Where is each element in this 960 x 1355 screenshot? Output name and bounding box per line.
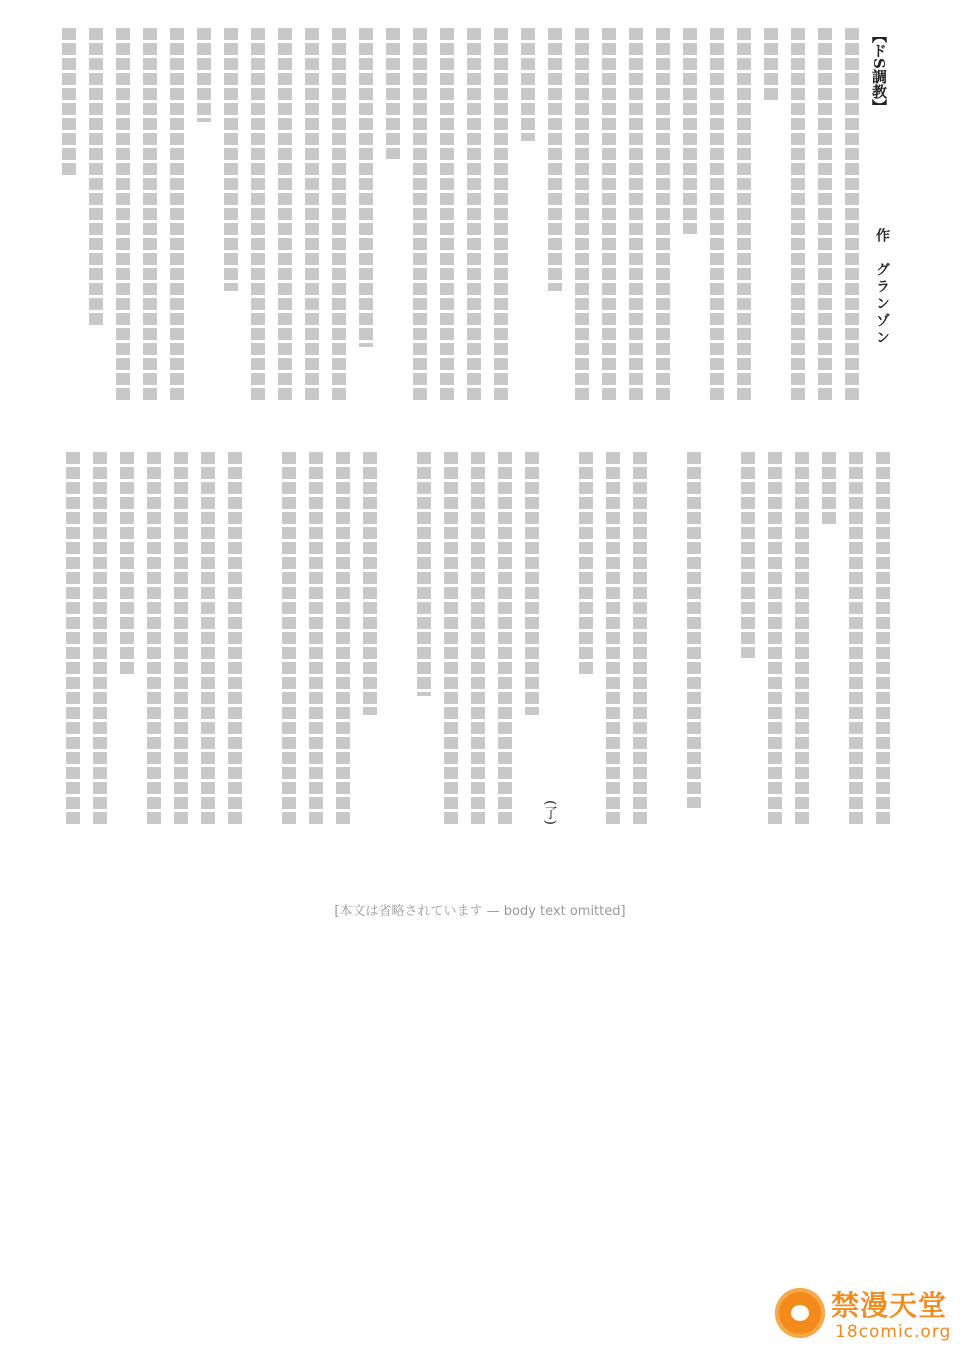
redacted-text-bar	[795, 452, 809, 827]
redacted-text-column	[876, 452, 890, 832]
redacted-text-bar	[305, 28, 319, 403]
mascot-logo-icon	[775, 1288, 825, 1338]
redacted-text-bar	[602, 28, 616, 403]
redacted-text-bar	[467, 28, 481, 403]
redacted-text-column	[89, 28, 103, 408]
redacted-text-column	[822, 452, 836, 832]
redacted-text-column	[62, 28, 76, 408]
redacted-text-bar	[575, 28, 589, 403]
redacted-text-bar	[363, 452, 377, 715]
redacted-text-bar	[278, 28, 292, 403]
redacted-text-bar	[62, 28, 76, 178]
redacted-text-bar	[548, 28, 562, 291]
redacted-text-bar	[683, 28, 697, 234]
redacted-text-bar	[471, 452, 485, 827]
redacted-text-column	[386, 28, 400, 408]
redacted-text-column	[228, 452, 242, 832]
redacted-text-bar	[629, 28, 643, 403]
redacted-text-bar	[170, 28, 184, 403]
redacted-text-bar	[440, 28, 454, 403]
redacted-text-bar	[224, 28, 238, 291]
redacted-text-column	[683, 28, 697, 408]
redacted-text-column	[413, 28, 427, 408]
redacted-text-bar	[332, 28, 346, 403]
redacted-text-column	[66, 452, 80, 832]
redacted-text-column	[741, 452, 755, 832]
redacted-text-bar	[413, 28, 427, 403]
redacted-text-bar	[147, 452, 161, 827]
bottom-text-tier	[80, 452, 890, 832]
redacted-text-bar	[818, 28, 832, 403]
redacted-text-bar	[336, 452, 350, 827]
redacted-text-bar	[768, 452, 782, 827]
redacted-text-column	[579, 452, 593, 832]
redacted-text-column	[714, 452, 728, 832]
redacted-text-bar	[282, 452, 296, 827]
redacted-text-column	[471, 452, 485, 832]
redacted-text-column	[525, 452, 539, 832]
redacted-text-bar	[201, 452, 215, 827]
redacted-text-bar	[228, 452, 242, 827]
redacted-text-column	[93, 452, 107, 832]
redacted-text-bar	[386, 28, 400, 159]
redacted-text-column	[768, 452, 782, 832]
redacted-text-column	[440, 28, 454, 408]
redacted-text-column	[363, 452, 377, 832]
redacted-text-column	[552, 452, 566, 832]
redacted-text-column	[849, 452, 863, 832]
site-watermark: 禁漫天堂 18comic.org	[775, 1282, 955, 1348]
redacted-text-bar	[444, 452, 458, 827]
redacted-text-bar	[822, 452, 836, 527]
redacted-text-column	[521, 28, 535, 408]
redacted-text-column	[633, 452, 647, 832]
redacted-text-bar	[656, 28, 670, 403]
redacted-text-column	[170, 28, 184, 408]
redacted-text-bar	[494, 28, 508, 403]
document-title: 【ドS調教】	[870, 28, 888, 114]
redacted-text-column	[629, 28, 643, 408]
redacted-text-column	[336, 452, 350, 832]
redacted-text-column	[390, 452, 404, 832]
redacted-text-column	[467, 28, 481, 408]
redacted-text-column	[116, 28, 130, 408]
redacted-text-column	[710, 28, 724, 408]
redacted-text-bar	[197, 28, 211, 122]
redacted-text-column	[305, 28, 319, 408]
redacted-text-bar	[89, 28, 103, 328]
redacted-text-column	[197, 28, 211, 408]
redacted-text-column	[251, 28, 265, 408]
redacted-text-column	[359, 28, 373, 408]
redacted-text-bar	[764, 28, 778, 103]
redacted-text-bar	[359, 28, 373, 347]
redacted-text-column	[791, 28, 805, 408]
redacted-text-column	[602, 28, 616, 408]
redacted-text-bar	[633, 452, 647, 827]
redaction-note: [本文は省略されています — body text omitted]	[80, 900, 880, 919]
redacted-text-column	[332, 28, 346, 408]
top-text-tier: 【ドS調教】 作 グランゾン	[80, 28, 890, 408]
redacted-text-bar	[687, 452, 701, 808]
redacted-text-column	[147, 452, 161, 832]
redacted-text-bar	[309, 452, 323, 827]
watermark-title: 禁漫天堂	[831, 1284, 947, 1324]
redacted-text-column	[494, 28, 508, 408]
end-mark: (了)	[540, 800, 560, 825]
redacted-text-bar	[251, 28, 265, 403]
redacted-text-column	[417, 452, 431, 832]
redacted-text-bar	[143, 28, 157, 403]
redacted-text-bar	[710, 28, 724, 403]
redacted-text-bar	[849, 452, 863, 827]
redacted-text-bar	[579, 452, 593, 677]
redacted-text-column	[201, 452, 215, 832]
redacted-text-column	[845, 28, 859, 408]
redacted-text-column	[255, 452, 269, 832]
redacted-text-bar	[845, 28, 859, 403]
redacted-text-bar	[741, 452, 755, 658]
redacted-text-column	[143, 28, 157, 408]
redacted-text-column	[656, 28, 670, 408]
redacted-text-bar	[498, 452, 512, 827]
redacted-text-column	[795, 452, 809, 832]
redacted-text-bar	[120, 452, 134, 677]
redacted-text-bar	[66, 452, 80, 827]
redacted-text-bar	[606, 452, 620, 827]
redacted-text-bar	[116, 28, 130, 403]
redacted-text-column	[687, 452, 701, 832]
watermark-url: 18comic.org	[835, 1322, 951, 1342]
author-credit: 作 グランゾン	[872, 228, 892, 347]
redacted-text-bar	[521, 28, 535, 141]
redacted-text-bar	[174, 452, 188, 827]
redacted-text-column	[498, 452, 512, 832]
redacted-text-bar	[876, 452, 890, 827]
redacted-text-bar	[737, 28, 751, 403]
redacted-text-column	[606, 452, 620, 832]
redacted-text-column	[309, 452, 323, 832]
redacted-text-bar	[525, 452, 539, 715]
redacted-text-column	[278, 28, 292, 408]
redacted-text-column	[764, 28, 778, 408]
redacted-text-column	[174, 452, 188, 832]
redacted-text-column	[818, 28, 832, 408]
redacted-text-column	[575, 28, 589, 408]
redacted-text-bar	[791, 28, 805, 403]
redacted-text-bar	[417, 452, 431, 696]
redacted-text-column	[737, 28, 751, 408]
redacted-text-column	[120, 452, 134, 832]
redacted-text-column	[224, 28, 238, 408]
redacted-text-column	[444, 452, 458, 832]
redacted-text-column	[548, 28, 562, 408]
title-column: 【ドS調教】 作 グランゾン	[872, 28, 890, 408]
redacted-text-bar	[93, 452, 107, 827]
redacted-text-column	[282, 452, 296, 832]
redacted-text-column	[660, 452, 674, 832]
